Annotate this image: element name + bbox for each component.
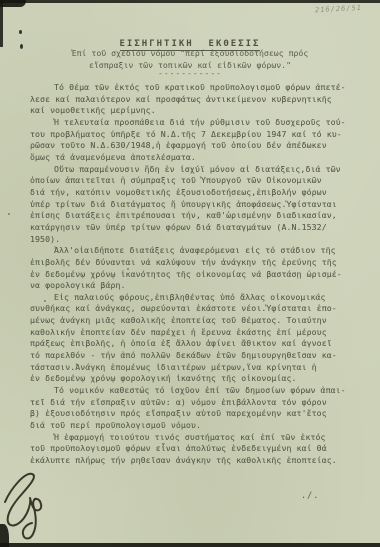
body-line: ὑπέρ τρίτων διά διατάγματος ἤ ὑπουργικῆς… <box>30 199 364 211</box>
body-line: ἐπιβολῆς δέν δύνανται νά καλύψουν τήν ἀν… <box>30 257 364 269</box>
body-line: διά τοῦ περί προϋπολογισμοῦ νόμου. <box>30 420 364 432</box>
scan-edge-top <box>0 0 380 3</box>
body-line: Τό νομικόν καθεστώς τό ἰσχῦον ἐπί τῶν δη… <box>30 385 364 397</box>
body-line: ἐπίσης διατάξεις ἐπιτρέπουσαι τήν, καθ'ὡ… <box>30 210 364 222</box>
body-line: τάστασιν.Ἀνάγκη ἑπομένως ἰδιαιτέρων μέτρ… <box>30 362 364 374</box>
scan-edge-top-left-corner <box>0 0 26 7</box>
body-line: καθολικήν ἐποπτείαν δέν παρέχει ἡ ἔρευνα… <box>30 327 364 339</box>
body-line: ἐκάλυπτε πλήρως τήν ρηθεῖσαν ἀνάγκην τῆς… <box>30 455 364 467</box>
body-line: να φορολογικά βάρη. <box>30 280 364 292</box>
body-line: Οὕτω παραμένουσιν ἤδη ἐν ἰσχύϊ μόνον αἱ … <box>30 164 364 176</box>
body-line: τοῦ προϋπολογισμοῦ φόρων εἶναι ἀπολύτως … <box>30 443 364 455</box>
body-line: 1950). <box>30 234 364 246</box>
body-line: συνθήκας καί ἀνάγκας, σωρεύονται ἑκάστοτ… <box>30 303 364 315</box>
body-line: Ἀλλ'οἱαιδήποτε διατάξεις ἀναφερόμεναι εἰ… <box>30 245 364 257</box>
document-page: 216/26/51 ΕΙΣΗΓΗΤΙΚΗ ΕΚΘΕΣΙΣ Ἐπί τοῦ σχε… <box>0 0 380 547</box>
report-subtitle-line-1: Ἐπί τοῦ σχεδίου νόμου "περί ἐξουσιοδοτήσ… <box>0 48 380 58</box>
body-line: β) ἐξουσιοδότησιν πρός εἴσπραξιν αὐτοῦ π… <box>30 408 364 420</box>
body-line: ὅμως τά ἀναμενόμενα ἀποτελέσματα. <box>30 152 364 164</box>
body-line: κατάργησιν τῶν ὑπέρ τρίτων φόρων διά δια… <box>30 222 364 234</box>
continuation-mark: ./. <box>301 491 319 501</box>
body-line: τεῖ διά τήν εἴσπραξιν αὐτῶν: α) νόμον ἐπ… <box>30 397 364 409</box>
divider-dashes: ----------- <box>0 69 380 78</box>
body-line: Εἰς παλαιούς φόρους,ἐπιβληθέντας ὑπό ἄλλ… <box>30 292 364 304</box>
body-line: λεσε καί παλαιότερον καί προσφάτως ἀντικ… <box>30 94 364 106</box>
body-line: του προβλήματος ὑπῆρξε τό Ν.Δ.τῆς 7 Δεκε… <box>30 129 364 141</box>
body-line: καί νομοθετικῆς μερίμνης. <box>30 105 364 117</box>
body-line: διά τήν, κατόπιν νομοθετικῆς ἐξουσιοδοτή… <box>30 187 364 199</box>
body-line: τό παρελθόν - τήν ἀπό πολλῶν δεκάδων ἐτῶ… <box>30 350 364 362</box>
body-line: ἐν δεδομένῳ χρόνῳ ἱκανότητος τῆς οἰκονομ… <box>30 269 364 281</box>
body-line: μένως ἀνάγκη μιᾶς καθολικῆς ἐποπτείας το… <box>30 315 364 327</box>
file-number-note: 216/26/51 <box>315 4 362 14</box>
body-line: ρῶσαν τοῦτο Ν.Δ.630/1948,ἡ ἐφαρμογή τοῦ … <box>30 140 364 152</box>
body-line: Ἡ ἐφαρμογή τοιούτου τινός συστήματος καί… <box>30 432 364 444</box>
body-line: πράξεως ἐπιβολῆς, ἡ ὁποία ἐξ ἄλλου ἀφίνε… <box>30 338 364 350</box>
paper-speck <box>8 213 10 215</box>
signature-scribble-icon <box>1 468 63 544</box>
body-line: ἐν δεδομένῳ χρόνῳ φορολογική ἱκανότης τῆ… <box>30 373 364 385</box>
body-line: ὁποίων ἀπαιτεῖται ἡ σύμπραξις τοῦ Ὑπουργ… <box>30 175 364 187</box>
body-line: Τό θέμα τῶν ἐκτός τοῦ κρατικοῦ προϋπολογ… <box>30 82 364 94</box>
body-line: Ἡ τελευταία προσπάθεια διά τήν ρύθμισιν … <box>30 117 364 129</box>
body-text: Τό θέμα τῶν ἐκτός τοῦ κρατικοῦ προϋπολογ… <box>30 82 364 467</box>
